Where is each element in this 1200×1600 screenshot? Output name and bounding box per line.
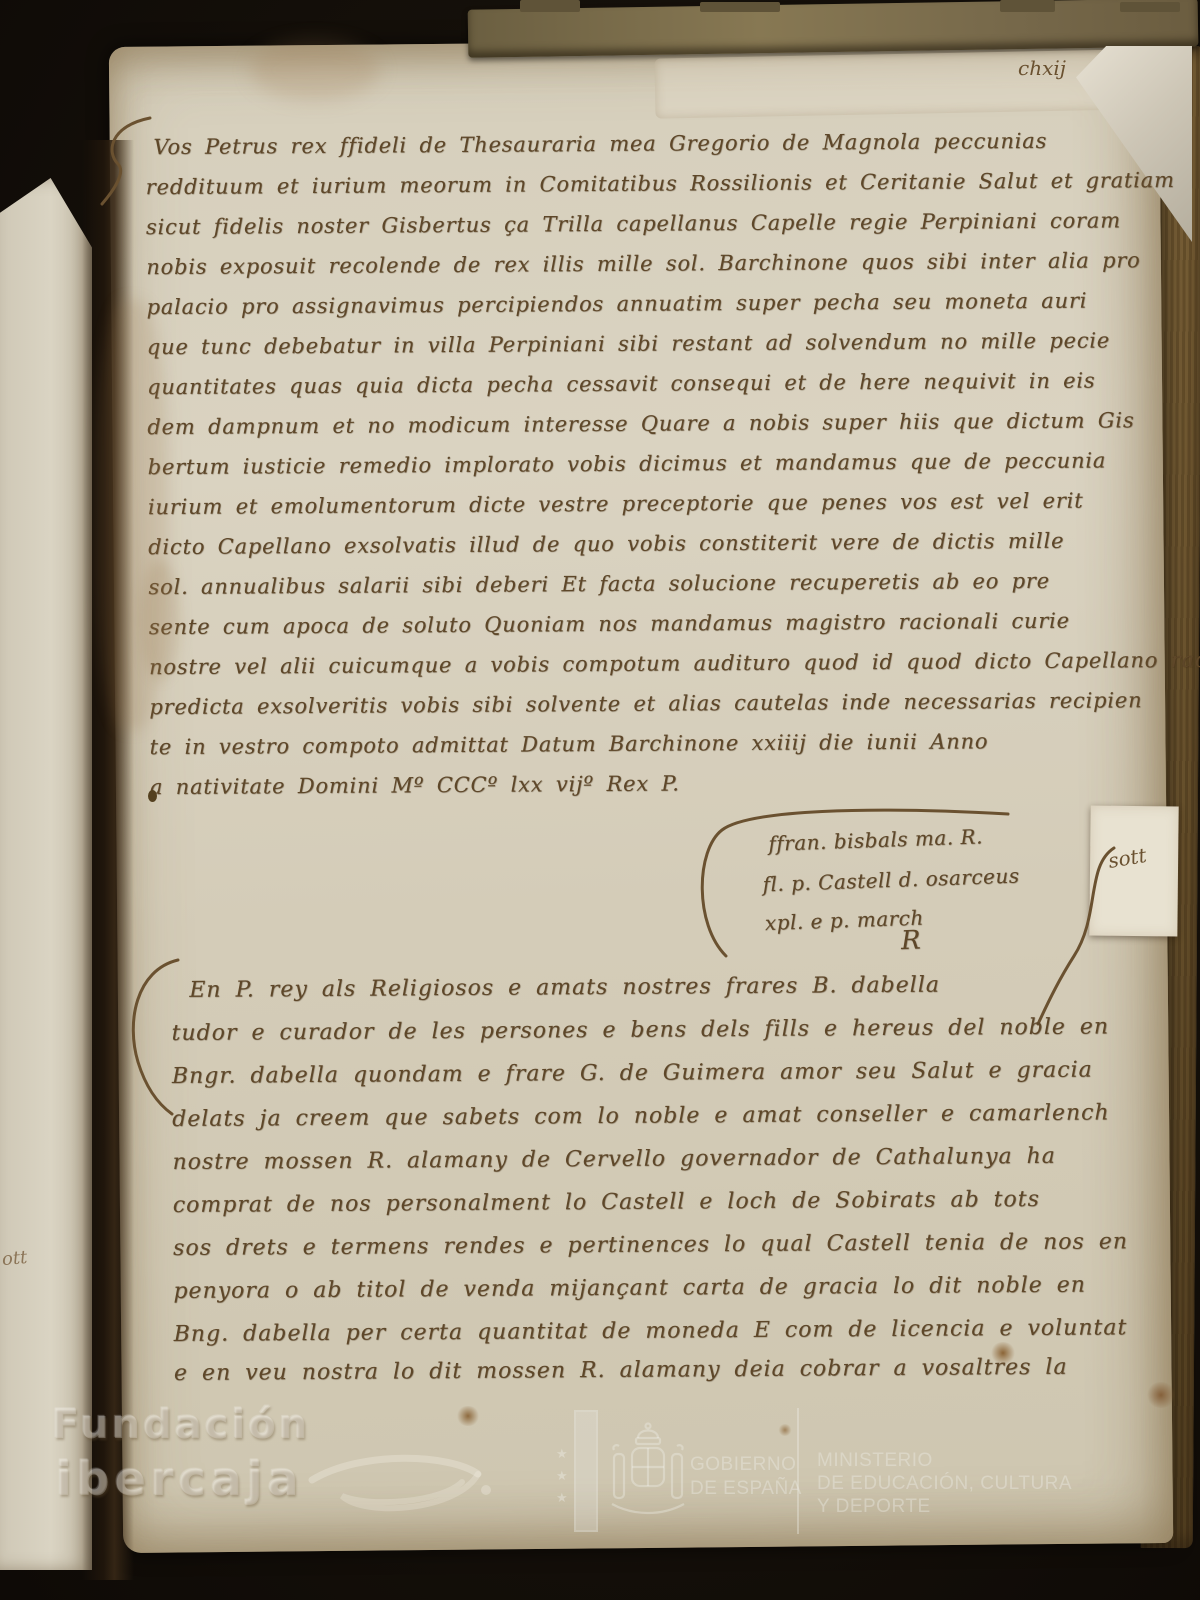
- ministry-watermark-line3: Y DEPORTE: [817, 1496, 931, 1518]
- manuscript-line: En P. rey als Religiosos e amats nostres…: [189, 973, 940, 1003]
- manuscript-line: sos drets e termens rendes e pertinences…: [173, 1229, 1128, 1261]
- manuscript-line: Bng. dabella per certa quantitat de mone…: [174, 1315, 1128, 1347]
- manuscript-line: tudor e curador de les persones e bens d…: [172, 1014, 1110, 1046]
- catalan-letter-block: En P. rey als Religiosos e amats nostres…: [0, 0, 1200, 1600]
- manuscript-line: e en veu nostra lo dit mossen R. alamany…: [174, 1355, 1068, 1386]
- government-watermark-line1: GOBIERNO: [690, 1454, 796, 1476]
- star-icon: ★: [556, 1446, 568, 1462]
- ibercaja-logo-icon: [300, 1438, 500, 1533]
- ibercaja-watermark-line2: ibercaja: [56, 1452, 304, 1506]
- ministry-watermark-line2: DE EDUCACIÓN, CULTURA: [817, 1473, 1072, 1495]
- government-watermark: ★ ★ ★ GOBIERNO DE ESPAÑA MINISTERIO DE E…: [552, 1398, 1072, 1548]
- manuscript-line: nostre mossen R. alamany de Cervello gov…: [172, 1144, 1055, 1175]
- manuscript-line: comprat de nos personalment lo Castell e…: [173, 1187, 1040, 1218]
- ibercaja-watermark-line1: Fundación: [52, 1402, 310, 1448]
- government-watermark-line2: DE ESPAÑA: [690, 1478, 802, 1500]
- manuscript-line: penyora o ab titol de venda mijançant ca…: [173, 1273, 1086, 1304]
- star-icon: ★: [556, 1490, 568, 1506]
- star-icon: ★: [556, 1468, 568, 1484]
- manuscript-line: delats ja creem que sabets com lo noble …: [172, 1100, 1110, 1132]
- manuscript-scan: ott chxij Vos Petrus rex ffideli de Thes…: [0, 0, 1200, 1600]
- spain-flag-icon: [574, 1410, 598, 1532]
- manuscript-line: Bngr. dabella quondam e frare G. de Guim…: [172, 1058, 1093, 1089]
- watermark-divider: [797, 1408, 799, 1534]
- spain-coat-of-arms-icon: [610, 1420, 686, 1530]
- ministry-watermark-line1: MINISTERIO: [817, 1450, 933, 1472]
